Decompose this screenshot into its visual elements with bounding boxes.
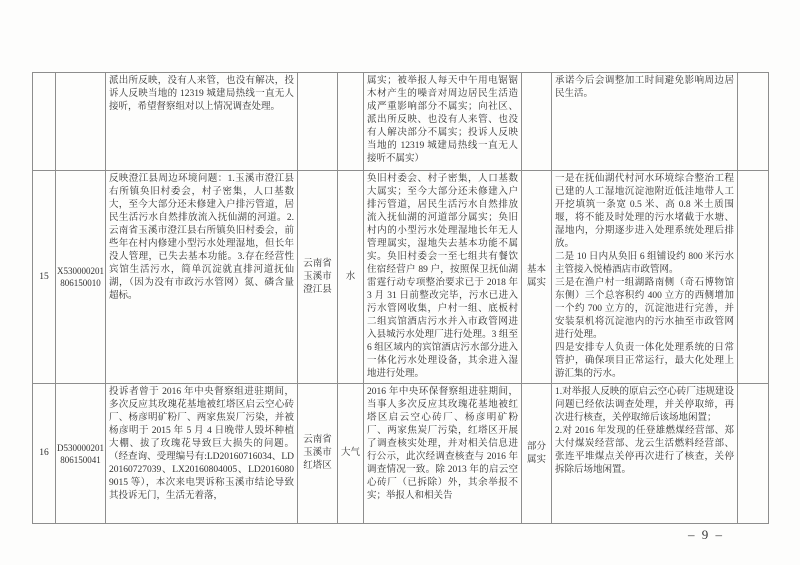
table-row-continuation: 派出所反映，没有人来管，也没有解决，投诉人反映当地的 12319 城建局热线一直… — [33, 73, 769, 171]
status-cell: 部分属实 — [522, 384, 552, 524]
measures-cell: 承诺今后会调整加工时间避免影响周边居民生活。 — [552, 73, 738, 171]
category-cell: 大气 — [338, 384, 364, 524]
region-cell: 云南省玉溪市澄江县 — [298, 171, 338, 384]
remark-cell — [738, 384, 769, 524]
page-number: – 9 – — [688, 527, 724, 543]
row-no-cell: 16 — [33, 384, 56, 524]
status-cell: 基本属实 — [522, 171, 552, 384]
verification-cell: 奂旧村委会、村子密集，人口基数大属实；至今大部分还未修建入户排污管道，居民生活污… — [364, 171, 522, 384]
document-page: 派出所反映，没有人来管，也没有解决，投诉人反映当地的 12319 城建局热线一直… — [0, 0, 800, 565]
remark-cell — [738, 171, 769, 384]
measures-cell: 1.对举报人反映的原启云空心砖厂违规建设问题已经依法调查处理，并关停取缔，再次进… — [552, 384, 738, 524]
table-row-15: 15 X530000201806150010 反映澄江县周边环境问题：1.玉溪市… — [33, 171, 769, 384]
measures-cell: 一是在抚仙湖代村河水环境综合整治工程已建的人工湿地沉淀池附近低洼地带人工开挖填筑… — [552, 171, 738, 384]
region-cell — [298, 73, 338, 171]
remark-cell — [738, 73, 769, 171]
case-no-cell — [56, 73, 106, 171]
complaint-cell: 派出所反映，没有人来管，也没有解决，投诉人反映当地的 12319 城建局热线一直… — [106, 73, 298, 171]
complaint-cell: 反映澄江县周边环境问题：1.玉溪市澄江县右所镇奂旧村委会，村子密集，人口基数大，… — [106, 171, 298, 384]
case-no-cell: D530000201806150041 — [56, 384, 106, 524]
region-cell: 云南省玉溪市红塔区 — [298, 384, 338, 524]
complaint-cell: 投诉者曾于 2016 年中央督察组进驻期间，多次反应其玫瑰花基地被红塔区启云空心… — [106, 384, 298, 524]
verification-cell: 属实；被举报人每天中午用电锯锯木材产生的噪音对周边居民生活造成严重影响部分不属实… — [364, 73, 522, 171]
table-row-16: 16 D530000201806150041 投诉者曾于 2016 年中央督察组… — [33, 384, 769, 524]
category-cell: 水 — [338, 171, 364, 384]
complaints-table: 派出所反映，没有人来管，也没有解决，投诉人反映当地的 12319 城建局热线一直… — [32, 72, 769, 524]
verification-cell: 2016 年中央环保督察组进驻期间，当事人多次反应其玫瑰花基地被红塔区启云空心砖… — [364, 384, 522, 524]
row-no-cell — [33, 73, 56, 171]
case-no-cell: X530000201806150010 — [56, 171, 106, 384]
status-cell — [522, 73, 552, 171]
row-no-cell: 15 — [33, 171, 56, 384]
category-cell — [338, 73, 364, 171]
